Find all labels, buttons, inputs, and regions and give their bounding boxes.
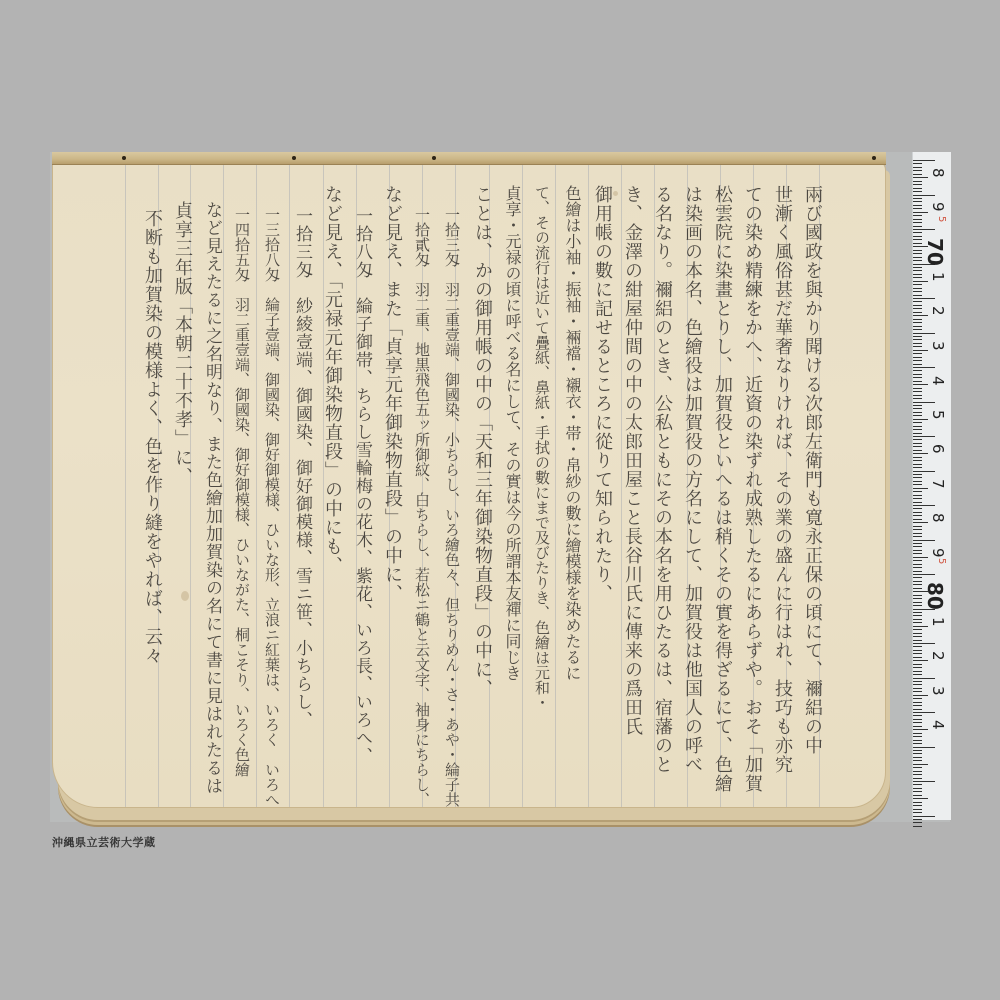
ruler-tick xyxy=(913,326,922,327)
ruler-tick xyxy=(913,198,922,199)
ruler-tick xyxy=(913,353,922,354)
ruler-tick xyxy=(913,584,922,585)
ruler-tick xyxy=(913,308,922,309)
ruler-tick xyxy=(913,657,922,658)
ruler-tick xyxy=(913,339,922,340)
ruler-tick xyxy=(913,715,922,716)
ruler-tick xyxy=(913,257,922,258)
ruler-tick xyxy=(913,636,922,637)
ruler-tick xyxy=(913,822,922,823)
ruler-tick xyxy=(913,481,922,482)
ruler-tick xyxy=(913,315,928,316)
ruler-tick xyxy=(913,767,922,768)
ruler-tick xyxy=(913,671,922,672)
ruler-tick xyxy=(913,477,922,478)
ruler-tick xyxy=(913,177,928,178)
ruler-label: 2 xyxy=(929,651,947,671)
ruler-tick xyxy=(913,726,922,727)
ruler-tick xyxy=(913,239,922,240)
ruler-tick xyxy=(913,395,922,396)
text-column: 一拾三匁 紗綾壹端、御國染、御好御模様、雪ニ笹、小ちらし、 xyxy=(289,207,315,729)
ruler-tick xyxy=(913,733,922,734)
ruler-tick xyxy=(913,615,922,616)
ruler-tick xyxy=(913,281,928,282)
ruler-tick xyxy=(913,471,935,472)
ruler-tick xyxy=(913,384,928,385)
ruler-tick xyxy=(913,802,922,803)
ruler-label: 5 xyxy=(936,558,947,578)
text-column: は染画の本名、色繪役は加賀役の方名にして、加賀役は他国人の呼べ xyxy=(679,185,705,774)
ruler-tick xyxy=(913,791,922,792)
ruler-tick xyxy=(913,232,922,233)
ruler-tick xyxy=(913,195,935,196)
ruler-tick xyxy=(913,460,922,461)
ruler-tick xyxy=(913,667,922,668)
ruler-tick xyxy=(913,536,922,537)
ruler-tick xyxy=(913,778,922,779)
ruler-tick xyxy=(913,798,928,799)
ruler-tick xyxy=(913,291,922,292)
text-column: 色繪は小袖・振袖・裲襠・襯衣・帯・帛紗の數に繪模様を染めたるに xyxy=(559,185,585,681)
ruler-tick xyxy=(913,215,922,216)
text-column: など見えたるに之名明なり、また色繪加加賀染の名にて書に見はれたるは xyxy=(199,201,225,795)
ruler-tick xyxy=(913,439,922,440)
ruler-label: 1 xyxy=(929,272,947,292)
ruler-tick xyxy=(913,329,922,330)
ruler-tick xyxy=(913,515,922,516)
ruler-tick xyxy=(913,705,922,706)
ruler-tick xyxy=(913,370,922,371)
ruler-tick xyxy=(913,557,928,558)
ruler-tick xyxy=(913,519,922,520)
ruler-tick xyxy=(913,571,922,572)
ruler-tick xyxy=(913,529,922,530)
ruler-tick xyxy=(913,543,922,544)
ruler-tick xyxy=(913,650,922,651)
ruler-tick xyxy=(913,760,922,761)
notebook-page: 兩び國政を與かり聞ける次郎左衛門も寛永正保の頃にて、禰絽の中 世漸く風俗甚だ華奢… xyxy=(52,160,886,808)
ruler-tick xyxy=(913,457,922,458)
ruler-tick xyxy=(913,433,922,434)
ruler-tick xyxy=(913,374,922,375)
text-column: 兩び國政を與かり聞ける次郎左衛門も寛永正保の頃にて、禰絽の中 xyxy=(799,185,825,755)
ruler-tick xyxy=(913,243,922,244)
text-column: る名なり。禰絽のとき、公私ともにその本名を用ひたるは、宿藩のと xyxy=(649,185,675,774)
ruler-tick xyxy=(913,377,922,378)
ruler-tick xyxy=(913,764,928,765)
ruler-tick xyxy=(913,343,922,344)
ruler-tick xyxy=(913,533,922,534)
ruler-label: 3 xyxy=(929,686,947,706)
ruler-label: 80 xyxy=(923,582,947,602)
ruler-tick xyxy=(913,577,922,578)
ruler-tick xyxy=(913,446,922,447)
ruler-label: 6 xyxy=(929,444,947,464)
ruler-tick xyxy=(913,322,922,323)
ruler-tick xyxy=(913,367,935,368)
ruler-tick xyxy=(913,819,922,820)
ruler-tick xyxy=(913,753,922,754)
ruler-tick xyxy=(913,684,922,685)
ruler-tick xyxy=(913,633,922,634)
ruler-tick xyxy=(913,450,922,451)
text-column: 貞享三年版「本朝二十不孝」に、 xyxy=(169,201,195,486)
ruler-tick xyxy=(913,412,922,413)
ruler-tick xyxy=(913,443,922,444)
ruler-tick xyxy=(913,512,922,513)
text-column: 一三拾八匁 綸子壹端、御國染、御好御模様、ひいな形、立浪ニ紅葉は、いろく いろへ… xyxy=(259,207,285,808)
ruler-tick xyxy=(913,743,922,744)
ruler-tick xyxy=(913,319,922,320)
ruler-tick xyxy=(913,167,922,168)
ruler-tick xyxy=(913,795,922,796)
text-column: など見え、また「貞享元年御染物直段」の中に、 xyxy=(379,185,405,603)
ruler-tick xyxy=(913,646,922,647)
ruler-tick xyxy=(913,346,922,347)
text-column: など見え、「元禄元年御染物直段」の中にも、 xyxy=(319,185,345,575)
ruler-tick xyxy=(913,364,922,365)
ruler-tick xyxy=(913,201,922,202)
ruler-tick xyxy=(913,526,922,527)
text-column: 世漸く風俗甚だ華奢なりければ、その業の盛んに行はれ、技巧も亦究 xyxy=(769,185,795,774)
ruler-tick xyxy=(913,188,922,189)
ruler-tick xyxy=(913,826,922,827)
measuring-ruler: 895701234567895801234 xyxy=(912,152,951,820)
collection-credit: 沖縄県立芸術大学蔵 xyxy=(52,834,156,850)
ruler-tick xyxy=(913,698,922,699)
ruler-tick xyxy=(913,522,928,523)
ruler-tick xyxy=(913,415,922,416)
ruler-tick xyxy=(913,408,922,409)
ruler-tick xyxy=(913,391,922,392)
ruler-tick xyxy=(913,212,928,213)
ruler-tick xyxy=(913,260,922,261)
ruler-tick xyxy=(913,588,922,589)
ruler-tick xyxy=(913,174,922,175)
ruler-tick xyxy=(913,284,922,285)
ruler-tick xyxy=(913,788,922,789)
ruler-tick xyxy=(913,350,928,351)
ruler-tick xyxy=(913,550,922,551)
ruler-tick xyxy=(913,222,922,223)
ruler-tick xyxy=(913,702,922,703)
ruler-tick xyxy=(913,678,935,679)
text-column: ての染め精練をかへ、近資の染ずれ成熟したるにあらずや。おそ「加賀 xyxy=(739,185,765,793)
ruler-tick xyxy=(913,581,922,582)
text-column: て、その流行は近いて疊紙、鼻紙・手拭の數にまで及びたりき、色繪は元和・ xyxy=(529,185,555,710)
ruler-tick xyxy=(913,336,922,337)
ruler-tick xyxy=(913,695,928,696)
ruler-label: 7 xyxy=(929,479,947,499)
ruler-tick xyxy=(913,712,935,713)
ruler-tick xyxy=(913,405,922,406)
ruler-tick xyxy=(913,508,922,509)
ruler-tick xyxy=(913,250,922,251)
ruler-tick xyxy=(913,464,922,465)
binding-stitch xyxy=(292,156,296,160)
ruler-tick xyxy=(913,219,922,220)
ruler-tick xyxy=(913,612,922,613)
ruler-tick xyxy=(913,560,922,561)
ruler-tick xyxy=(913,381,922,382)
ruler-tick xyxy=(913,453,928,454)
ruler-tick xyxy=(913,208,922,209)
ruler-tick xyxy=(913,640,922,641)
ruler-tick xyxy=(913,605,922,606)
ruler-tick xyxy=(913,191,922,192)
ruler-tick xyxy=(913,229,935,230)
ruler-tick xyxy=(913,402,935,403)
ruler-tick xyxy=(913,774,922,775)
ruler-tick xyxy=(913,474,922,475)
ruler-tick xyxy=(913,505,935,506)
ruler-label: 70 xyxy=(923,238,947,258)
ruler-tick xyxy=(913,812,922,813)
ruler-tick xyxy=(913,429,922,430)
ruler-tick xyxy=(913,574,935,575)
ruler-tick xyxy=(913,274,922,275)
ruler-tick xyxy=(913,267,922,268)
ruler-tick xyxy=(913,722,922,723)
text-column: 松雲院に染畫とりし、加賀役といへるは稍くその實を得ざるにて、色繪 xyxy=(709,185,735,793)
ruler-label: 5 xyxy=(929,410,947,430)
ruler-tick xyxy=(913,719,922,720)
ruler-tick xyxy=(913,681,922,682)
ruler-tick xyxy=(913,301,922,302)
ruler-tick xyxy=(913,595,922,596)
ruler-tick xyxy=(913,747,935,748)
ruler-tick xyxy=(913,622,922,623)
text-column: 貞享・元禄の頃に呼べる名にして、その實は今の所謂本友禪に同じき xyxy=(499,185,525,681)
ruler-tick xyxy=(913,643,935,644)
ruler-tick xyxy=(913,771,922,772)
ruler-label: 4 xyxy=(929,720,947,740)
binding-stitch xyxy=(432,156,436,160)
ruler-label: 4 xyxy=(929,376,947,396)
ruler-tick xyxy=(913,277,922,278)
ruler-tick xyxy=(913,729,928,730)
ruler-tick xyxy=(913,674,922,675)
text-column: 一拾三匁 羽二重壹端、御國染、小ちらし、いろ繪色々、但ちりめん・さ・あや・綸子共… xyxy=(439,207,465,808)
ruler-tick xyxy=(913,757,922,758)
ruler-tick xyxy=(913,305,922,306)
ruler-tick xyxy=(913,419,928,420)
ruler-tick xyxy=(913,546,922,547)
ruler-label: 8 xyxy=(929,168,947,188)
ruler-label: 5 xyxy=(936,216,947,236)
ruler-tick xyxy=(913,333,935,334)
ruler-tick xyxy=(913,805,922,806)
ruler-label: 1 xyxy=(929,617,947,637)
ruler-tick xyxy=(913,598,922,599)
ruler-tick xyxy=(913,619,922,620)
ruler-tick xyxy=(913,181,922,182)
text-column: 不断も加賀染の模様よく、色を作り縫をやれば、云々 xyxy=(139,209,165,665)
ruled-line xyxy=(125,161,126,807)
text-column: 一四拾五匁 羽二重壹端、御國染、御好御模様、ひいながた、桐こそり、いろく色繪 xyxy=(229,207,255,777)
text-column: 御用帳の數に記せるところに從りて知られたり、 xyxy=(589,185,615,603)
ruler-tick xyxy=(913,253,922,254)
ruler-tick xyxy=(913,602,922,603)
ruled-line xyxy=(555,161,556,807)
binding-stitch xyxy=(872,156,876,160)
binding-stitch xyxy=(122,156,126,160)
text-column: き、金澤の紺屋仲間の中の太郎田屋こと長谷川氏に傳来の爲田氏 xyxy=(619,185,645,736)
ruler-tick xyxy=(913,502,922,503)
ruler-tick xyxy=(913,436,935,437)
ruler-tick xyxy=(913,629,922,630)
ruler-tick xyxy=(913,540,935,541)
ruler-tick xyxy=(913,688,922,689)
ruler-tick xyxy=(913,236,922,237)
ruler-tick xyxy=(913,781,935,782)
ruler-tick xyxy=(913,488,928,489)
ruler-tick xyxy=(913,226,922,227)
ruler-tick xyxy=(913,298,935,299)
ruler-tick xyxy=(913,357,922,358)
ruler-tick xyxy=(913,360,922,361)
ruler-tick xyxy=(913,736,922,737)
ruler-tick xyxy=(913,660,928,661)
ruler-tick xyxy=(913,691,922,692)
ruler-tick xyxy=(913,398,922,399)
ruler-tick xyxy=(913,422,922,423)
ruler-tick xyxy=(913,288,922,289)
ruler-tick xyxy=(913,567,922,568)
ruler-tick xyxy=(913,484,922,485)
text-column: 一拾貳匁 羽二重、地黒飛色五ッ所御紋、白ちらし、若松ニ鶴と云文字、袖身にちらし、 xyxy=(409,207,435,807)
ruler-tick xyxy=(913,491,922,492)
text-column: ことは、かの御用帳の中の「天和三年御染物直段」の中に、 xyxy=(469,185,495,698)
ruler-tick xyxy=(913,564,922,565)
ruler-tick xyxy=(913,495,922,496)
ruler-tick xyxy=(913,750,922,751)
ruler-tick xyxy=(913,270,922,271)
ruler-tick xyxy=(913,740,922,741)
ruler-tick xyxy=(913,626,928,627)
ruler-label: 3 xyxy=(929,341,947,361)
ruler-tick xyxy=(913,498,922,499)
ruler-tick xyxy=(913,388,922,389)
ruler-tick xyxy=(913,664,922,665)
ruler-tick xyxy=(913,553,922,554)
ruler-tick xyxy=(913,816,935,817)
ruler-tick xyxy=(913,184,922,185)
ruler-tick xyxy=(913,426,922,427)
ruler-tick xyxy=(913,160,935,161)
ruler-tick xyxy=(913,312,922,313)
ruler-tick xyxy=(913,163,922,164)
ruler-tick xyxy=(913,784,922,785)
ruler-tick xyxy=(913,709,922,710)
ruler-label: 8 xyxy=(929,513,947,533)
text-column: 一拾八匁 綸子御帯、ちらし雪輪梅の花木、紫花、いろ長、いろへ、 xyxy=(349,207,375,765)
ruler-tick xyxy=(913,467,922,468)
ruler-tick xyxy=(913,653,922,654)
paper-stain xyxy=(181,591,189,601)
ruler-tick xyxy=(913,295,922,296)
ruled-line xyxy=(256,161,257,807)
ruler-tick xyxy=(913,170,922,171)
notebook-binding xyxy=(52,152,886,165)
ruler-label: 2 xyxy=(929,306,947,326)
ruler-tick xyxy=(913,809,922,810)
ruler-tick xyxy=(913,205,922,206)
